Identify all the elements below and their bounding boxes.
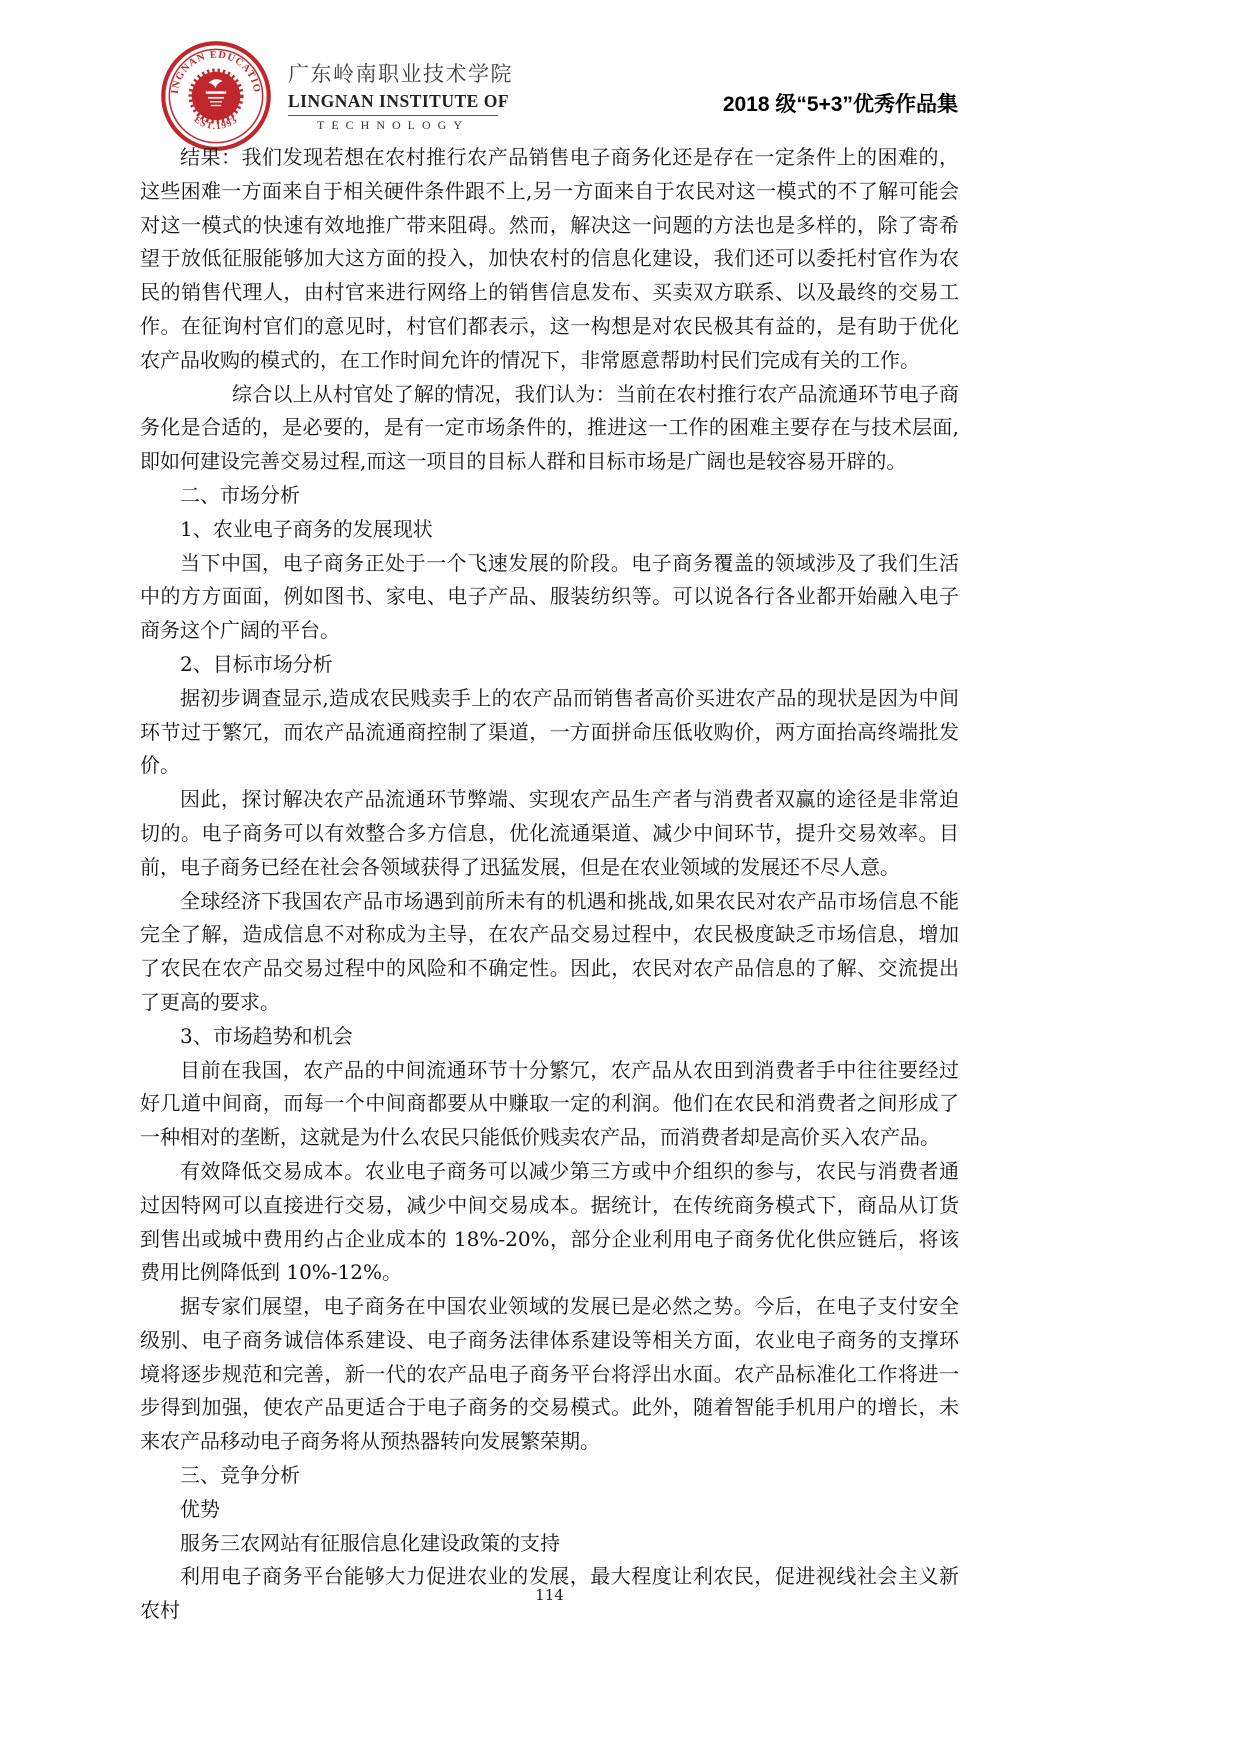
paragraph: 服务三农网站有征服信息化建设政策的支持 [140, 1527, 959, 1561]
paragraph: 目前在我国，农产品的中间流通环节十分繁冗，农产品从农田到消费者手中往往要经过好几… [140, 1054, 959, 1155]
paragraph: 据初步调查显示,造成农民贱卖手上的农产品而销售者高价买进农产品的现状是因为中间环… [140, 682, 959, 783]
seal-logo-icon: LINGNAN EDUCATION EST.1993 [160, 40, 272, 152]
section-heading: 2、目标市场分析 [140, 648, 959, 682]
page-header: LINGNAN EDUCATION EST.1993 广东岭南职业技术学院 LI… [160, 38, 958, 153]
paragraph: 优势 [140, 1493, 959, 1527]
document-body: 结果：我们发现若想在农村推行农产品销售电子商务化还是存在一定条件上的困难的，这些… [140, 141, 959, 1628]
section-heading: 二、市场分析 [140, 479, 959, 513]
paragraph: 结果：我们发现若想在农村推行农产品销售电子商务化还是存在一定条件上的困难的，这些… [140, 141, 959, 378]
school-seal-logo: LINGNAN EDUCATION EST.1993 [160, 40, 272, 152]
document-page: LINGNAN EDUCATION EST.1993 广东岭南职业技术学院 LI… [0, 0, 1240, 1753]
paragraph: 据专家们展望，电子商务在中国农业领域的发展已是必然之势。今后，在电子支付安全级别… [140, 1290, 959, 1459]
paragraph: 有效降低交易成本。农业电子商务可以减少第三方或中介组织的参与，农民与消费者通过因… [140, 1155, 959, 1290]
school-name-divider [288, 115, 498, 116]
paragraph: 当下中国，电子商务正处于一个飞速发展的阶段。电子商务覆盖的领域涉及了我们生活中的… [140, 547, 959, 648]
school-name-en-line2: TECHNOLOGY [288, 118, 498, 133]
school-name-en-line1: LINGNAN INSTITUTE OF [288, 91, 513, 112]
section-heading: 1、农业电子商务的发展现状 [140, 513, 959, 547]
paragraph: 综合以上从村官处了解的情况，我们认为：当前在农村推行农产品流通环节电子商务化是合… [140, 378, 959, 479]
section-heading: 三、竞争分析 [140, 1459, 959, 1493]
school-name-cn: 广东岭南职业技术学院 [288, 58, 513, 88]
section-heading: 3、市场趋势和机会 [140, 1020, 959, 1054]
school-name-block: 广东岭南职业技术学院 LINGNAN INSTITUTE OF TECHNOLO… [288, 58, 513, 133]
paragraph: 全球经济下我国农产品市场遇到前所未有的机遇和挑战,如果农民对农产品市场信息不能完… [140, 885, 959, 1020]
page-number: 114 [140, 1586, 959, 1604]
paragraph: 因此，探讨解决农产品流通环节弊端、实现农产品生产者与消费者双赢的途径是非常迫切的… [140, 783, 959, 884]
collection-title: 2018 级“5+3”优秀作品集 [723, 74, 958, 118]
